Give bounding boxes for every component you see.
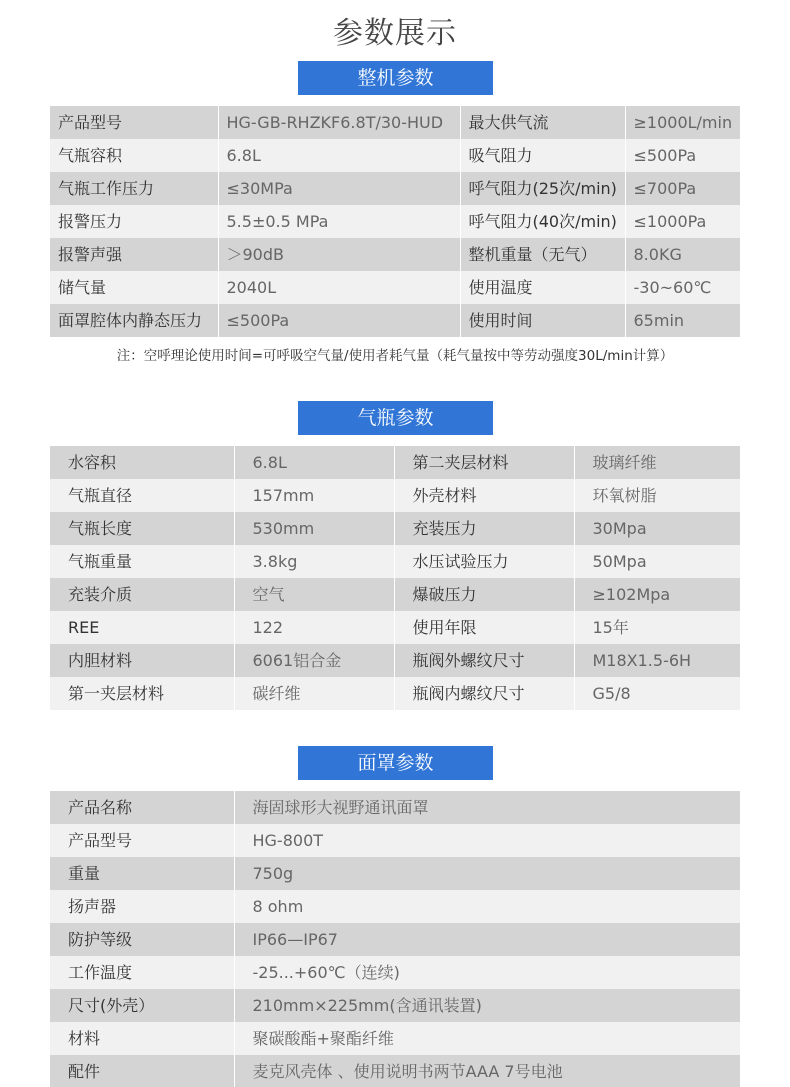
spec-label: 呼气阻力(40次/min) [460,205,625,238]
spec-label: 报警声强 [50,238,218,271]
table-row: 气瓶工作压力≤30MPa呼气阻力(25次/min)≤700Pa [50,172,740,205]
spec-value: 210mm×225mm(含通讯装置) [234,989,740,1022]
spec-value: IP66—IP67 [234,923,740,956]
spec-value: 122 [234,611,394,644]
table-row: 内胆材料6061铝合金瓶阀外螺纹尺寸M18X1.5-6H [50,644,740,677]
spec-label: 充装介质 [50,578,234,611]
spec-label: 第一夹层材料 [50,677,234,710]
table-row: 工作温度-25...+60℃（连续) [50,956,740,989]
spec-value: 157mm [234,479,394,512]
spec-label: 瓶阀内螺纹尺寸 [394,677,574,710]
spec-label: 吸气阻力 [460,139,625,172]
table-row: 产品型号HG-800T [50,824,740,857]
spec-label: 气瓶长度 [50,512,234,545]
spec-value: 6.8L [218,139,460,172]
spec-value: 麦克风壳体 、使用说明书两节AAA 7号电池 [234,1055,740,1087]
spec-label: 产品名称 [50,791,234,824]
spec-value: 聚碳酸酯+聚酯纤维 [234,1022,740,1055]
spec-value: ≥102Mpa [574,578,740,611]
spec-label: 产品型号 [50,824,234,857]
table-row: 产品名称海固球形大视野通讯面罩 [50,791,740,824]
spec-value: 3.8kg [234,545,394,578]
spec-value: 530mm [234,512,394,545]
spec-value: ＞90dB [218,238,460,271]
table-row: 扬声器8 ohm [50,890,740,923]
machine-spec-table: 产品型号HG-GB-RHZKF6.8T/30-HUD最大供气流≥1000L/mi… [50,106,740,337]
spec-value: 玻璃纤维 [574,446,740,479]
spec-value: 5.5±0.5 MPa [218,205,460,238]
spec-label: 整机重量（无气） [460,238,625,271]
spec-label: 使用温度 [460,271,625,304]
spec-value: ≤1000Pa [625,205,740,238]
spec-value: 30Mpa [574,512,740,545]
table-row: 第一夹层材料碳纤维瓶阀内螺纹尺寸G5/8 [50,677,740,710]
table-row: 尺寸(外壳）210mm×225mm(含通讯装置) [50,989,740,1022]
table-row: 气瓶重量3.8kg水压试验压力50Mpa [50,545,740,578]
spec-value: 6061铝合金 [234,644,394,677]
spec-label: 报警压力 [50,205,218,238]
table-row: 产品型号HG-GB-RHZKF6.8T/30-HUD最大供气流≥1000L/mi… [50,106,740,139]
spec-value: ≥1000L/min [625,106,740,139]
spec-value: 2040L [218,271,460,304]
spec-label: 产品型号 [50,106,218,139]
table-row: 储气量2040L使用温度-30~60℃ [50,271,740,304]
table-row: 充装介质空气爆破压力≥102Mpa [50,578,740,611]
spec-label: 最大供气流 [460,106,625,139]
spec-label: 外壳材料 [394,479,574,512]
spec-value: -25...+60℃（连续) [234,956,740,989]
spec-label: REE [50,611,234,644]
spec-value: G5/8 [574,677,740,710]
spec-value: 6.8L [234,446,394,479]
spec-label: 气瓶直径 [50,479,234,512]
table-row: 气瓶直径157mm外壳材料环氧树脂 [50,479,740,512]
table-row: 面罩腔体内静态压力≤500Pa使用时间65min [50,304,740,337]
spec-value: 环氧树脂 [574,479,740,512]
spec-value: HG-800T [234,824,740,857]
spec-label: 防护等级 [50,923,234,956]
spec-label: 气瓶重量 [50,545,234,578]
mask-spec-table: 产品名称海固球形大视野通讯面罩产品型号HG-800T重量750g扬声器8 ohm… [50,791,740,1087]
spec-value: 15年 [574,611,740,644]
spec-value: 碳纤维 [234,677,394,710]
spec-label: 重量 [50,857,234,890]
spec-label: 材料 [50,1022,234,1055]
spec-label: 配件 [50,1055,234,1087]
spec-label: 面罩腔体内静态压力 [50,304,218,337]
cylinder-spec-table: 水容积6.8L第二夹层材料玻璃纤维气瓶直径157mm外壳材料环氧树脂气瓶长度53… [50,446,740,710]
spec-value: M18X1.5-6H [574,644,740,677]
spec-label: 尺寸(外壳） [50,989,234,1022]
table-row: 防护等级IP66—IP67 [50,923,740,956]
spec-label: 第二夹层材料 [394,446,574,479]
spec-label: 扬声器 [50,890,234,923]
table-row: 水容积6.8L第二夹层材料玻璃纤维 [50,446,740,479]
spec-value: 海固球形大视野通讯面罩 [234,791,740,824]
spec-value: ≤30MPa [218,172,460,205]
table-row: 报警压力5.5±0.5 MPa呼气阻力(40次/min)≤1000Pa [50,205,740,238]
spec-label: 工作温度 [50,956,234,989]
spec-label: 爆破压力 [394,578,574,611]
table-row: 配件麦克风壳体 、使用说明书两节AAA 7号电池 [50,1055,740,1087]
spec-value: 8.0KG [625,238,740,271]
spec-label: 内胆材料 [50,644,234,677]
table-row: 气瓶容积6.8L吸气阻力≤500Pa [50,139,740,172]
spec-value: 65min [625,304,740,337]
table-row: REE122使用年限15年 [50,611,740,644]
spec-value: -30~60℃ [625,271,740,304]
spec-value: 空气 [234,578,394,611]
table-row: 重量750g [50,857,740,890]
section-banner-machine: 整机参数 [298,61,493,95]
spec-label: 储气量 [50,271,218,304]
spec-value: ≤500Pa [625,139,740,172]
table-row: 气瓶长度530mm充装压力30Mpa [50,512,740,545]
section-banner-cylinder: 气瓶参数 [298,401,493,435]
table-row: 报警声强＞90dB整机重量（无气）8.0KG [50,238,740,271]
usage-time-note: 注：空呼理论使用时间=可呼吸空气量/使用者耗气量（耗气量按中等劳动强度30L/m… [0,346,790,366]
spec-label: 水容积 [50,446,234,479]
spec-label: 充装压力 [394,512,574,545]
spec-value: 50Mpa [574,545,740,578]
spec-label: 使用时间 [460,304,625,337]
spec-label: 气瓶工作压力 [50,172,218,205]
spec-label: 气瓶容积 [50,139,218,172]
table-row: 材料聚碳酸酯+聚酯纤维 [50,1022,740,1055]
spec-label: 水压试验压力 [394,545,574,578]
spec-label: 使用年限 [394,611,574,644]
spec-value: HG-GB-RHZKF6.8T/30-HUD [218,106,460,139]
spec-value: 8 ohm [234,890,740,923]
spec-value: ≤700Pa [625,172,740,205]
spec-label: 瓶阀外螺纹尺寸 [394,644,574,677]
section-banner-mask: 面罩参数 [298,746,493,780]
spec-label: 呼气阻力(25次/min) [460,172,625,205]
spec-value: ≤500Pa [218,304,460,337]
page-title: 参数展示 [0,14,790,54]
spec-value: 750g [234,857,740,890]
